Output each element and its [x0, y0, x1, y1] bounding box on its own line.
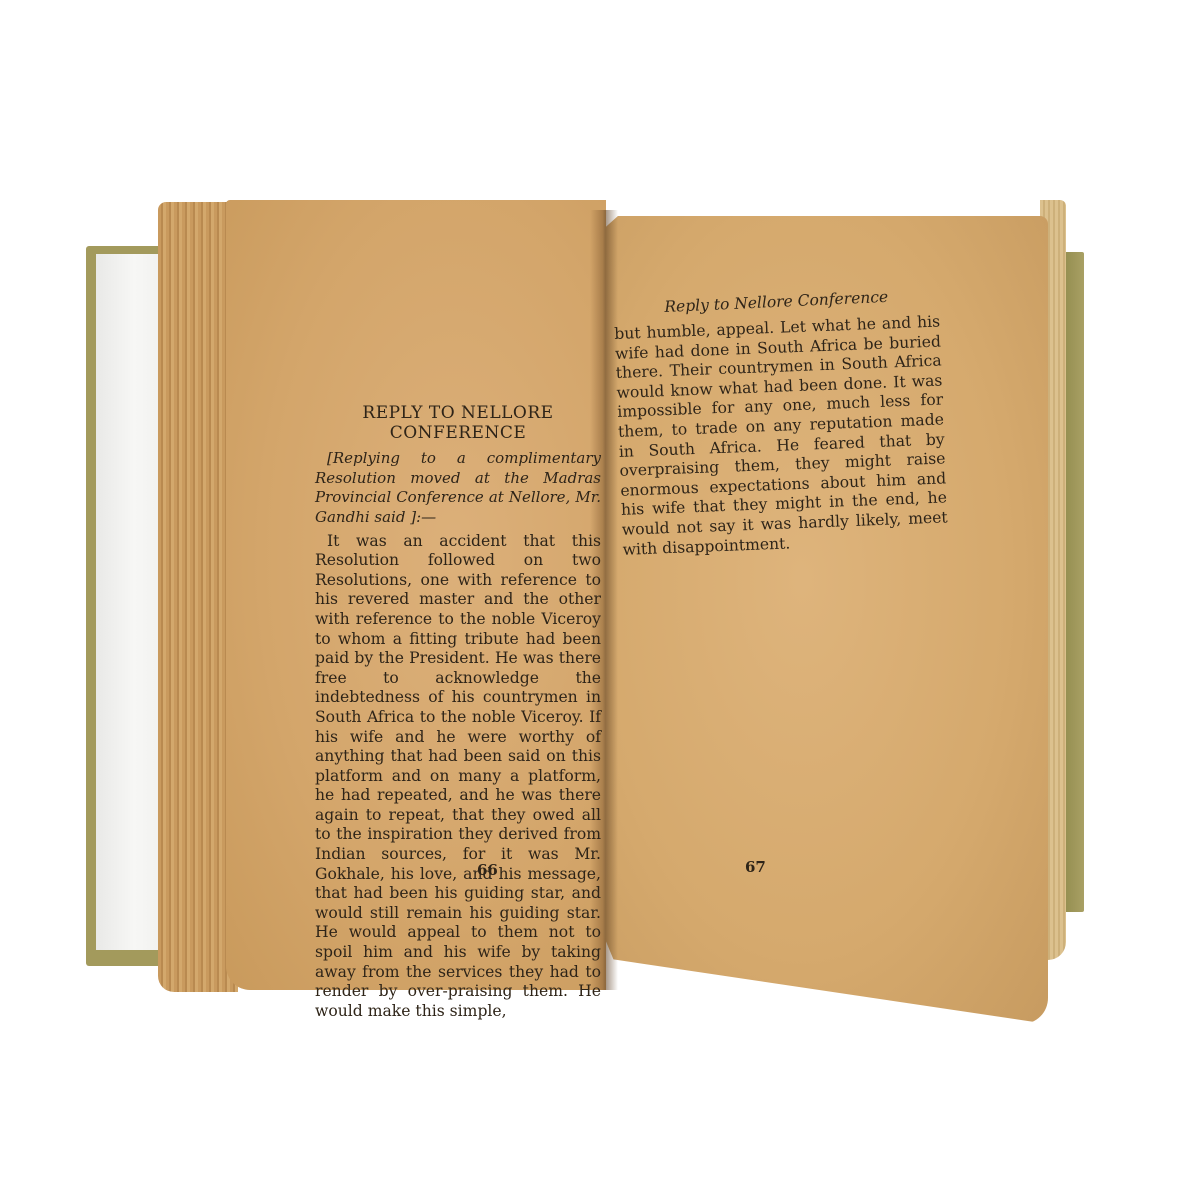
page-number-right: 67 [745, 858, 766, 876]
left-page-text: REPLY TO NELLORE CONFERENCE [Replying to… [315, 404, 601, 1021]
chapter-title: REPLY TO NELLORE CONFERENCE [315, 404, 601, 443]
book-photo: REPLY TO NELLORE CONFERENCE [Replying to… [0, 0, 1200, 1200]
page-number-left: 66 [477, 861, 498, 879]
right-page-text: but humble, appeal. Let what he and his … [614, 312, 949, 559]
right-page-body: but humble, appeal. Let what he and his … [614, 312, 949, 559]
chapter-intro: [Replying to a complimentary Resolution … [315, 449, 601, 527]
left-page-body: It was an accident that this Resolution … [315, 532, 601, 1022]
